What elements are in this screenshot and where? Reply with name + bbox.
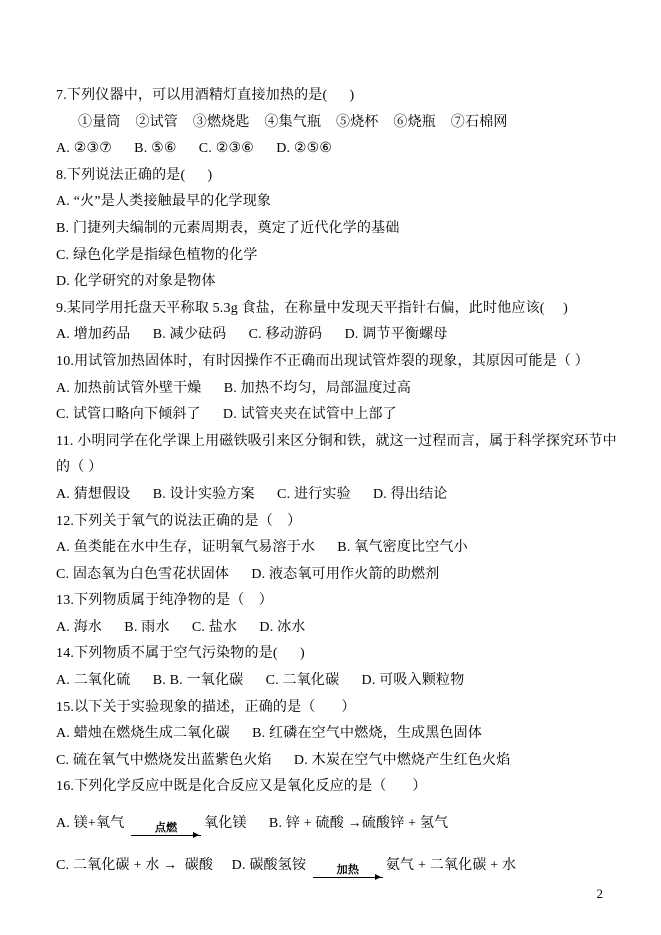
text-line: C. 固态氧为白色雪花状固体 D. 液态氧可用作火箭的助燃剂	[56, 562, 631, 589]
equation-text: A. 镁+氧气	[56, 816, 128, 831]
text-line: D. 化学研究的对象是物体	[56, 269, 631, 296]
text-line: 7.下列仪器中，可以用酒精灯直接加热的是( )	[56, 83, 631, 110]
text-line: A. 二氧化硫 B. B. 一氧化碳 C. 二氧化碳 D. 可吸入颗粒物	[56, 668, 631, 695]
text-line: A. 加热前试管外壁干燥 B. 加热不均匀，局部温度过高	[56, 376, 631, 403]
text-line: C. 试管口略向下倾斜了 D. 试管夹夹在试管中上部了	[56, 402, 631, 429]
text-line: A. “火”是人类接触最早的化学现象	[56, 189, 631, 216]
text-line: ①量筒 ②试管 ③燃烧匙 ④集气瓶 ⑤烧杯 ⑥烧瓶 ⑦石棉网	[56, 110, 631, 137]
reaction-condition-arrow: 点燃	[131, 823, 201, 842]
equation-text: C. 二氧化碳 + 水 → 碳酸 D. 碳酸氢铵	[56, 858, 310, 873]
exam-page-body: 7.下列仪器中，可以用酒精灯直接加热的是( )①量筒 ②试管 ③燃烧匙 ④集气瓶…	[56, 83, 631, 885]
text-line: 9.某同学用托盘天平称取 5.3g 食盐，在称量中发现天平指针右偏，此时他应该(…	[56, 296, 631, 323]
text-line: 8.下列说法正确的是( )	[56, 163, 631, 190]
text-line: 14.下列物质不属于空气污染物的是( )	[56, 641, 631, 668]
reaction-condition-label: 点燃	[131, 823, 201, 834]
text-line: A. 鱼类能在水中生存，证明氧气易溶于水 B. 氧气密度比空气小	[56, 535, 631, 562]
arrow-shaft-icon	[313, 877, 383, 884]
text-line: A. 海水 B. 雨水 C. 盐水 D. 冰水	[56, 615, 631, 642]
equation-line: C. 二氧化碳 + 水 → 碳酸 D. 碳酸氢铵 加热氨气 + 二氧化碳 + 水	[56, 847, 631, 885]
text-line: 10.用试管加热固体时，有时因操作不正确而出现试管炸裂的现象，其原因可能是（ ）	[56, 349, 631, 376]
equation-line: A. 镁+氧气 点燃氧化镁 B. 锌 + 硫酸 →硫酸锌 + 氢气	[56, 805, 631, 843]
text-line: 15.以下关于实验现象的描述，正确的是（ ）	[56, 695, 631, 722]
text-line: A. 增加药品 B. 减少砝码 C. 移动游码 D. 调节平衡螺母	[56, 322, 631, 349]
text-line: A. 猜想假设 B. 设计实验方案 C. 进行实验 D. 得出结论	[56, 482, 631, 509]
text-line: 12.下列关于氧气的说法正确的是（ ）	[56, 509, 631, 536]
text-line: A. ②③⑦ B. ⑤⑥ C. ②③⑥ D. ②⑤⑥	[56, 136, 631, 163]
text-line: C. 硫在氧气中燃烧发出蓝紫色火焰 D. 木炭在空气中燃烧产生红色火焰	[56, 748, 631, 775]
equation-text: 氨气 + 二氧化碳 + 水	[386, 858, 516, 873]
text-line: A. 蜡烛在燃烧生成二氧化碳 B. 红磷在空气中燃烧，生成黑色固体	[56, 721, 631, 748]
page-number: 2	[597, 886, 604, 902]
text-line: 11. 小明同学在化学课上用磁铁吸引来区分铜和铁，就这一过程而言，属于科学探究环…	[56, 429, 631, 482]
arrow-shaft-icon	[131, 835, 201, 842]
text-line: C. 绿色化学是指绿色植物的化学	[56, 243, 631, 270]
reaction-condition-arrow: 加热	[313, 865, 383, 884]
text-line: 13.下列物质属于纯净物的是（ ）	[56, 588, 631, 615]
text-line: 16.下列化学反应中既是化合反应又是氧化反应的是（ ）	[56, 774, 631, 801]
equation-text: 氧化镁 B. 锌 + 硫酸 →硫酸锌 + 氢气	[204, 816, 448, 831]
text-line: B. 门捷列夫编制的元素周期表，奠定了近代化学的基础	[56, 216, 631, 243]
reaction-condition-label: 加热	[313, 865, 383, 876]
